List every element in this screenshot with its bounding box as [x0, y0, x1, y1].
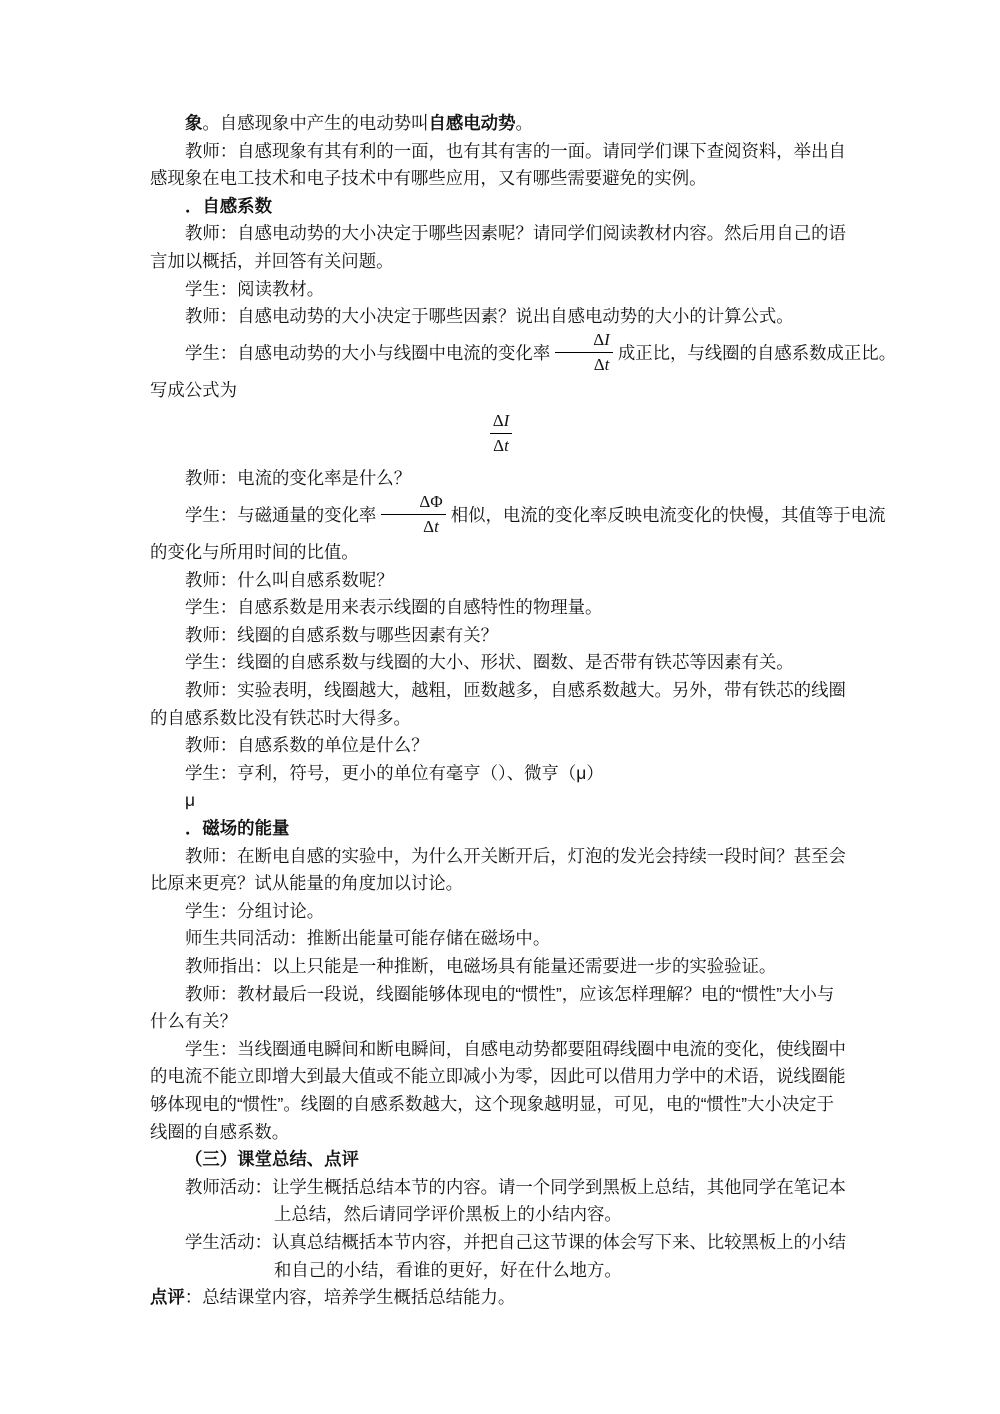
text-segment: 学生：自感系数是用来表示线圈的自感特性的物理量。 [185, 597, 602, 617]
text-segment: 和自己的小结，看谁的更好，好在什么地方。 [274, 1260, 622, 1280]
fraction-denominator: Δt [555, 353, 613, 376]
text-segment: 学生：与磁通量的变化率 [185, 504, 376, 524]
text-segment: （三）课堂总结、点评 [185, 1149, 359, 1169]
dialogue-teacher: 教师：自感电动势的大小决定于哪些因素呢？请同学们阅读教材内容。然后用自己的语 [150, 220, 852, 248]
fraction-numerator: ΔI [490, 411, 513, 435]
text-segment: 感现象在电工技术和电子技术中有哪些应用，又有哪些需要避免的实例。 [150, 168, 707, 188]
inline-fraction-delta-i-over-delta-t: ΔIΔt [555, 330, 613, 376]
text-segment: 学生：线圈的自感系数与线圈的大小、形状、圈数、是否带有铁芯等因素有关。 [185, 652, 794, 672]
fraction-denominator: Δt [381, 515, 445, 538]
text-segment: 教师：自感电动势的大小决定于哪些因素呢？请同学们阅读教材内容。然后用自己的语 [185, 223, 846, 243]
dialogue-continuation: 的电流不能立即增大到最大值或不能立即减小为零，因此可以借用力学中的术语，说线圈能 [150, 1063, 852, 1091]
text-segment: 教师指出：以上只能是一种推断，电磁场具有能量还需要进一步的实验验证。 [185, 956, 776, 976]
text-segment: 上总结，然后请同学评价黑板上的小结内容。 [274, 1204, 622, 1224]
dialogue-continuation: 的变化与所用时间的比值。 [150, 539, 852, 567]
teacher-activity-continuation: 上总结，然后请同学评价黑板上的小结内容。 [150, 1201, 852, 1229]
fraction-numerator: ΔΦ [381, 492, 445, 516]
heading-self-inductance-coefficient: ．自感系数 [150, 193, 852, 221]
dialogue-continuation: 写成公式为 [150, 377, 852, 405]
text-segment: ：总结课堂内容，培养学生概括总结能力。 [185, 1287, 515, 1307]
text-segment: 师生共同活动：推断出能量可能存储在磁场中。 [185, 928, 550, 948]
text-segment: 的变化与所用时间的比值。 [150, 542, 359, 562]
student-activity-continuation: 和自己的小结，看谁的更好，好在什么地方。 [150, 1257, 852, 1285]
text-segment: 教师：什么叫自感系数呢？ [185, 570, 394, 590]
text-segment: 教师：自感电动势的大小决定于哪些因素？说出自感电动势的大小的计算公式。 [185, 306, 794, 326]
dialogue-continuation: 什么有关？ [150, 1008, 852, 1036]
text-segment: 教师：自感系数的单位是什么？ [185, 735, 428, 755]
display-fraction-delta-i-over-delta-t: ΔIΔt [490, 411, 513, 457]
comment-line: 点评：总结课堂内容，培养学生概括总结能力。 [150, 1284, 852, 1312]
text-segment: ．自感系数 [185, 196, 272, 216]
dialogue-teacher: 教师：电流的变化率是什么？ [150, 465, 852, 493]
dialogue-continuation: 感现象在电工技术和电子技术中有哪些应用，又有哪些需要避免的实例。 [150, 165, 852, 193]
text-segment: 学生：阅读教材。 [185, 279, 324, 299]
text-segment: 教师活动：让学生概括总结本节的内容。请一个同学到黑板上总结，其他同学在笔记本 [185, 1177, 846, 1197]
text-segment: 点评 [150, 1287, 185, 1307]
text-segment: 学生活动：认真总结概括本节内容，并把自己这节课的体会写下来、比较黑板上的小结 [185, 1232, 846, 1252]
text-segment: 自感电动势 [429, 113, 516, 133]
text-segment: 教师：自感现象有其有利的一面，也有其有害的一面。请同学们课下查阅资料，举出自 [185, 141, 846, 161]
dialogue-student: 学生：阅读教材。 [150, 276, 852, 304]
dialogue-continuation: 的自感系数比没有铁芯时大得多。 [150, 705, 852, 733]
dialogue-student: 学生：线圈的自感系数与线圈的大小、形状、圈数、是否带有铁芯等因素有关。 [150, 649, 852, 677]
text-segment: 。自感现象中产生的电动势叫 [202, 113, 428, 133]
text-segment: ．磁场的能量 [185, 818, 289, 838]
text-segment: 写成公式为 [150, 380, 237, 400]
teacher-activity: 教师活动：让学生概括总结本节的内容。请一个同学到黑板上总结，其他同学在笔记本 [150, 1174, 852, 1202]
text-segment: 相似，电流的变化率反映电流变化的快慢，其值等于电流 [451, 504, 886, 524]
dialogue-student: 学生：当线圈通电瞬间和断电瞬间，自感电动势都要阻碍线圈中电流的变化，使线圈中 [150, 1036, 852, 1064]
text-segment: 的电流不能立即增大到最大值或不能立即减小为零，因此可以借用力学中的术语，说线圈能 [150, 1066, 846, 1086]
dialogue-continuation: 言加以概括，并回答有关问题。 [150, 248, 852, 276]
dialogue-student: 学生：分组讨论。 [150, 898, 852, 926]
intro-line: 象。自感现象中产生的电动势叫自感电动势。 [150, 110, 852, 138]
text-segment: 的自感系数比没有铁芯时大得多。 [150, 708, 411, 728]
dialogue-teacher: 教师：自感电动势的大小决定于哪些因素？说出自感电动势的大小的计算公式。 [150, 303, 852, 331]
text-segment: 什么有关？ [150, 1011, 237, 1031]
dialogue-teacher: 教师：自感系数的单位是什么？ [150, 732, 852, 760]
text-segment: 学生：自感电动势的大小与线圈中电流的变化率 [185, 343, 550, 363]
text-segment: 教师：线圈的自感系数与哪些因素有关？ [185, 625, 498, 645]
text-segment: 教师：在断电自感的实验中，为什么开关断开后，灯泡的发光会持续一段时间？甚至会 [185, 846, 846, 866]
inline-fraction-delta-phi-over-delta-t: ΔΦΔt [381, 492, 445, 538]
text-segment: 学生：当线圈通电瞬间和断电瞬间，自感电动势都要阻碍线圈中电流的变化，使线圈中 [185, 1039, 846, 1059]
dialogue-continuation: 线圈的自感系数。 [150, 1119, 852, 1147]
heading-magnetic-field-energy: ．磁场的能量 [150, 815, 852, 843]
fraction-numerator: ΔI [555, 330, 613, 354]
heading-class-summary: （三）课堂总结、点评 [150, 1146, 852, 1174]
text-segment: 学生：亨利，符号，更小的单位有毫亨（）、微亨（μ） [185, 763, 604, 783]
stray-mu-line: μ [150, 787, 852, 815]
document-page: 象。自感现象中产生的电动势叫自感电动势。教师：自感现象有其有利的一面，也有其有害… [0, 0, 1000, 1414]
text-segment: 象 [185, 113, 202, 133]
dialogue-teacher: 教师：自感现象有其有利的一面，也有其有害的一面。请同学们课下查阅资料，举出自 [150, 138, 852, 166]
dialogue-joint-activity: 师生共同活动：推断出能量可能存储在磁场中。 [150, 925, 852, 953]
text-segment: 。 [515, 113, 532, 133]
dialogue-student-with-fraction: 学生：与磁通量的变化率ΔΦΔt相似，电流的变化率反映电流变化的快慢，其值等于电流 [150, 493, 852, 539]
text-segment: 学生：分组讨论。 [185, 901, 324, 921]
dialogue-teacher-points-out: 教师指出：以上只能是一种推断，电磁场具有能量还需要进一步的实验验证。 [150, 953, 852, 981]
dialogue-student-with-fraction: 学生：自感电动势的大小与线圈中电流的变化率ΔIΔt成正比，与线圈的自感系数成正比… [150, 331, 852, 377]
dialogue-continuation: 比原来更亮？试从能量的角度加以讨论。 [150, 870, 852, 898]
text-segment: 言加以概括，并回答有关问题。 [150, 251, 393, 271]
text-segment: μ [185, 790, 195, 810]
text-segment: 比原来更亮？试从能量的角度加以讨论。 [150, 873, 463, 893]
document-body: 象。自感现象中产生的电动势叫自感电动势。教师：自感现象有其有利的一面，也有其有害… [150, 110, 852, 1312]
text-segment: 线圈的自感系数。 [150, 1122, 289, 1142]
dialogue-teacher: 教师：线圈的自感系数与哪些因素有关？ [150, 622, 852, 650]
text-segment: 教师：实验表明，线圈越大，越粗，匝数越多，自感系数越大。另外，带有铁芯的线圈 [185, 680, 846, 700]
text-segment: 够体现电的“惯性”。线圈的自感系数越大，这个现象越明显，可见，电的“惯性”大小决… [150, 1094, 834, 1114]
dialogue-teacher: 教师：教材最后一段说，线圈能够体现电的“惯性”，应该怎样理解？电的“惯性”大小与 [150, 981, 852, 1009]
text-segment: 教师：电流的变化率是什么？ [185, 468, 411, 488]
fraction-denominator: Δt [490, 434, 513, 457]
text-segment: 教师：教材最后一段说，线圈能够体现电的“惯性”，应该怎样理解？电的“惯性”大小与 [185, 984, 834, 1004]
dialogue-teacher: 教师：什么叫自感系数呢？ [150, 567, 852, 595]
student-activity: 学生活动：认真总结概括本节内容，并把自己这节课的体会写下来、比较黑板上的小结 [150, 1229, 852, 1257]
display-formula-delta-i-over-delta-t: ΔIΔt [150, 405, 852, 465]
dialogue-teacher: 教师：在断电自感的实验中，为什么开关断开后，灯泡的发光会持续一段时间？甚至会 [150, 843, 852, 871]
dialogue-student: 学生：自感系数是用来表示线圈的自感特性的物理量。 [150, 594, 852, 622]
dialogue-teacher: 教师：实验表明，线圈越大，越粗，匝数越多，自感系数越大。另外，带有铁芯的线圈 [150, 677, 852, 705]
text-segment: 成正比，与线圈的自感系数成正比。 [618, 343, 896, 363]
dialogue-student: 学生：亨利，符号，更小的单位有毫亨（）、微亨（μ） [150, 760, 852, 788]
dialogue-continuation: 够体现电的“惯性”。线圈的自感系数越大，这个现象越明显，可见，电的“惯性”大小决… [150, 1091, 852, 1119]
